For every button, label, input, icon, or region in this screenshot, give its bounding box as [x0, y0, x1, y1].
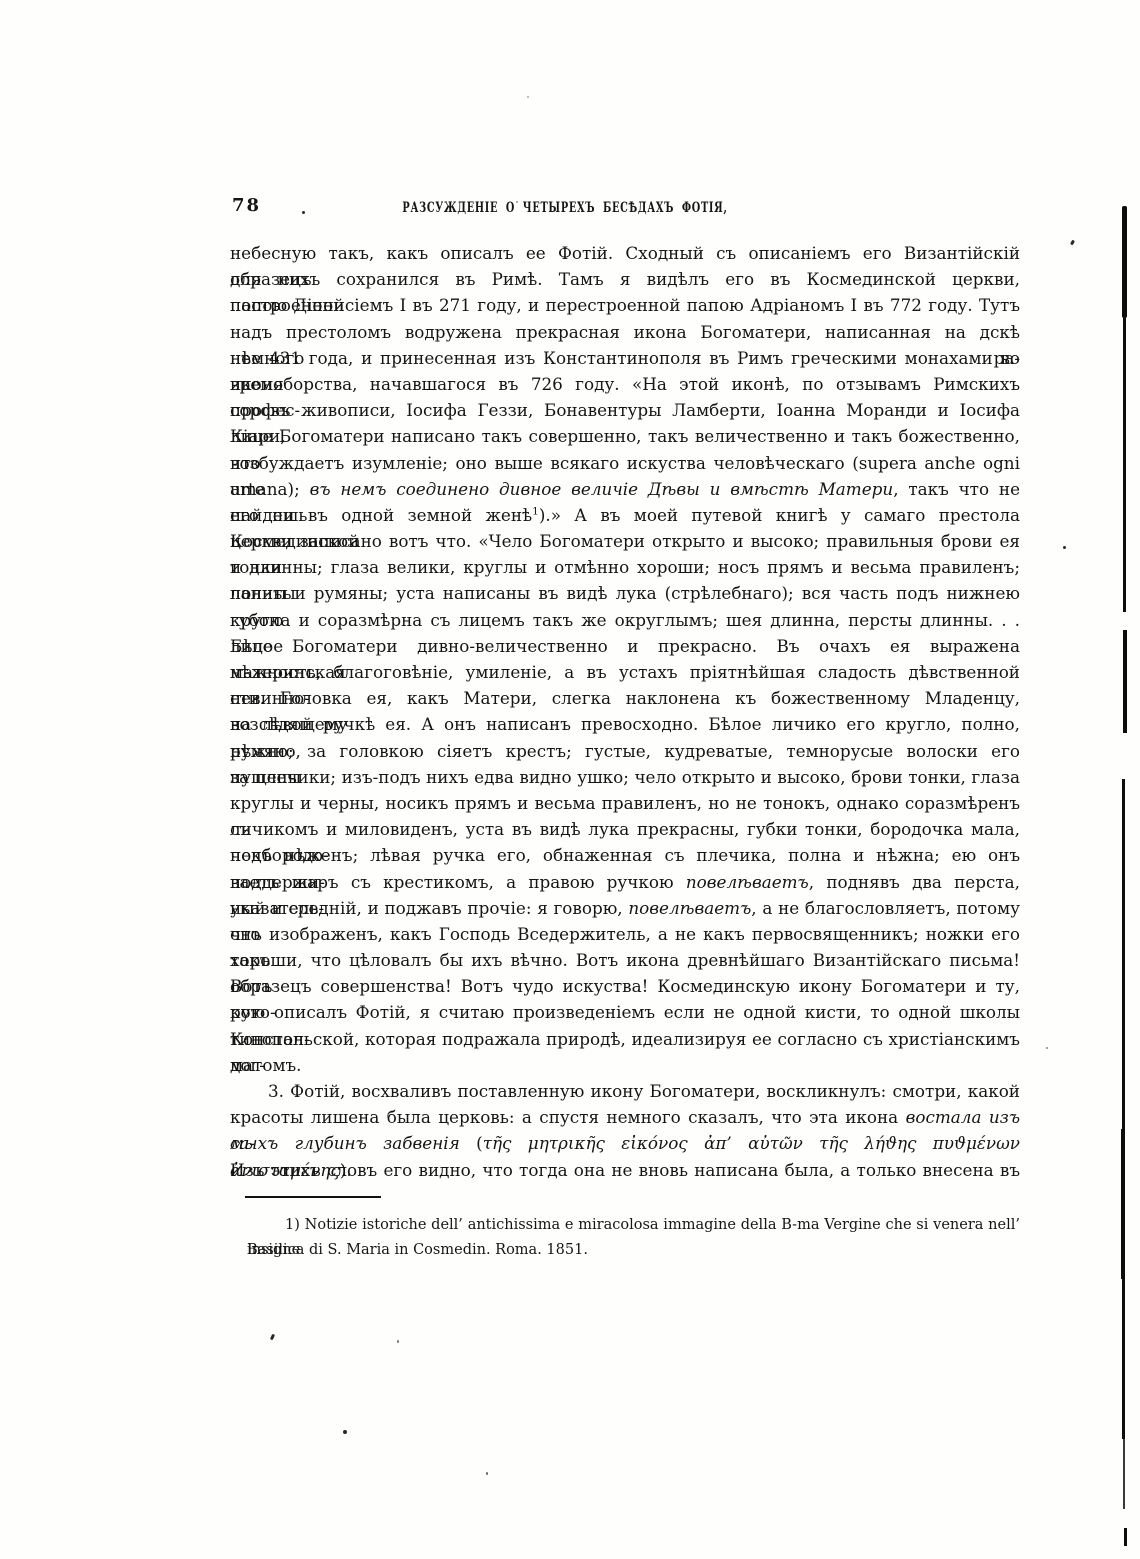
text-line: нѣжно; за головкою сіяетъ крестъ; густые…	[230, 738, 1020, 764]
footnote: 1) Notizie istoriche dell’ antichissima …	[247, 1213, 1020, 1263]
text-line: личикомъ и миловиденъ, уста въ видѣ лука…	[230, 816, 1020, 842]
scan-speck	[527, 96, 529, 98]
text-line: 3. Фотій, восхваливъ поставленную икону …	[230, 1078, 1020, 1104]
text-segment: его ни въ одной земной женѣ	[230, 505, 532, 525]
text-line: лице Богоматери написано такъ совершенно…	[230, 423, 1020, 449]
scan-edge-line	[1123, 630, 1127, 733]
scan-edge-line	[1121, 1129, 1125, 1279]
scan-edge-line	[1124, 1528, 1127, 1546]
text-segment: за плечики; изъ-подъ нихъ едва видно ушк…	[230, 767, 1020, 787]
text-segment: (	[460, 1133, 483, 1153]
text-line: круглы и черны, носикъ прямъ и весьма пр…	[230, 790, 1020, 816]
text-line: образецъ совершенства! Вотъ чудо искуств…	[230, 973, 1020, 999]
scan-speck	[343, 1430, 347, 1434]
text-segment: Изъ этихъ словъ его видно, что тогда она…	[230, 1160, 1020, 1180]
text-line: umana); въ немъ соединено дивное величіе…	[230, 476, 1020, 502]
footnote-reference-mark: 1	[532, 505, 539, 517]
scan-speck	[1070, 240, 1075, 246]
text-segment: папою Діонисіемъ I въ 271 году, и перест…	[230, 295, 1020, 315]
text-line: рую описалъ Фотій, я считаю произведеніе…	[230, 999, 1020, 1025]
text-line: папою Діонисіемъ I въ 271 году, и перест…	[230, 292, 1020, 318]
scan-speck	[486, 1472, 488, 1475]
text-line: за плечики; изъ-подъ нихъ едва видно ушк…	[230, 764, 1020, 790]
footnote-separator-rule	[245, 1196, 381, 1198]
body-text: небесную такъ, какъ описалъ ее Фотій. Сх…	[230, 240, 1020, 1183]
text-line: полны и румяны; уста написаны въ видѣ лу…	[230, 580, 1020, 606]
scan-edge-line	[1122, 779, 1125, 1129]
text-line: нѣжность, благоговѣніе, умиленіе, а въ у…	[230, 659, 1020, 685]
text-segment: мыхъ глубинъ забвенія	[230, 1133, 460, 1153]
text-segment: umana);	[230, 479, 310, 499]
text-line: иконоборства, начавшагося въ 726 году. «…	[230, 371, 1020, 397]
scan-speck	[270, 1334, 275, 1341]
text-line: надъ престоломъ водружена прекрасная ико…	[230, 319, 1020, 345]
scan-edge-line	[1123, 318, 1126, 612]
text-line: мыхъ глубинъ забвенія (τῆς μητρικῆς εἰκό…	[230, 1130, 1020, 1156]
text-line: тинопольской, которая подражала природѣ,…	[230, 1026, 1020, 1052]
text-line: для нихъ сохранился въ Римѣ. Тамъ я видѣ…	[230, 266, 1020, 292]
text-line: матомъ.	[230, 1052, 1020, 1078]
text-line: чекъ нѣженъ; лѣвая ручка его, обнаженная…	[230, 842, 1020, 868]
text-segment: ный и средній, и поджавъ прочіе: я говор…	[230, 898, 628, 918]
text-line: ный и средній, и поджавъ прочіе: я говор…	[230, 895, 1020, 921]
text-line: возбуждаетъ изумленіе; оно выше всякаго …	[230, 450, 1020, 476]
text-segment: повелѣваетъ	[628, 898, 751, 918]
book-page-scan: 78 РАЗСУЖДЕНІЕ О ЧЕТЫРЕХЪ БЕСѢДАХЪ ФОТІЯ…	[0, 0, 1140, 1559]
text-line: Basilica di S. Maria in Cosmedin. Roma. …	[247, 1238, 1020, 1263]
scan-speck	[302, 211, 305, 214]
text-line: на лѣвой ручкѣ ея. А онъ написанъ превос…	[230, 711, 1020, 737]
scan-speck	[516, 201, 518, 203]
text-line: 1) Notizie istoriche dell’ antichissima …	[247, 1213, 1020, 1238]
text-line: и длинны; глаза велики, круглы и отмѣнно…	[230, 554, 1020, 580]
text-segment: матомъ.	[230, 1055, 302, 1075]
text-segment: красоты лишена была церковь: а спустя не…	[230, 1107, 906, 1127]
scan-speck	[1046, 1047, 1048, 1049]
text-segment: повелѣваетъ	[686, 872, 809, 892]
text-line: ваетъ шаръ съ крестикомъ, а правою ручко…	[230, 869, 1020, 895]
text-segment: ваетъ шаръ съ крестикомъ, а правою ручко…	[230, 872, 686, 892]
text-line: его ни въ одной земной женѣ1).» А въ мое…	[230, 502, 1020, 528]
text-line: кругла и соразмѣрна съ лицемъ такъ же ок…	[230, 607, 1020, 633]
scan-edge-line	[1122, 1279, 1125, 1439]
scan-edge-line	[1122, 206, 1127, 318]
text-segment: Basilica di S. Maria in Cosmedin. Roma. …	[247, 1242, 588, 1258]
text-line: онъ изображенъ, какъ Господь Вседержител…	[230, 921, 1020, 947]
scan-speck	[1063, 546, 1066, 549]
text-line: красоты лишена была церковь: а спустя не…	[230, 1104, 1020, 1130]
text-line: хороши, что цѣловалъ бы ихъ вѣчно. Вотъ …	[230, 947, 1020, 973]
scan-edge-line	[1123, 1439, 1125, 1509]
page-number: 78	[232, 195, 261, 216]
text-line: сти. Головка ея, какъ Матери, слегка нак…	[230, 685, 1020, 711]
text-segment: 3. Фотій, восхваливъ поставленную икону …	[268, 1081, 1020, 1101]
text-line: церкви записано вотъ что. «Чело Богомате…	[230, 528, 1020, 554]
text-line: соровъ живописи, Іосифа Геззи, Бонавенту…	[230, 397, 1020, 423]
text-line: Изъ этихъ словъ его видно, что тогда она…	[230, 1157, 1020, 1183]
text-line: нѣе 431 года, и принесенная изъ Констант…	[230, 345, 1020, 371]
scan-speck	[397, 1340, 399, 1343]
text-line: лице Богоматери дивно-величественно и пр…	[230, 633, 1020, 659]
text-segment: въ немъ соединено дивное величіе Дѣвы и …	[310, 479, 894, 499]
text-line: небесную такъ, какъ описалъ ее Фотій. Сх…	[230, 240, 1020, 266]
running-title: РАЗСУЖДЕНІЕ О ЧЕТЫРЕХЪ БЕСѢДАХЪ ФОТІЯ,	[402, 200, 727, 216]
